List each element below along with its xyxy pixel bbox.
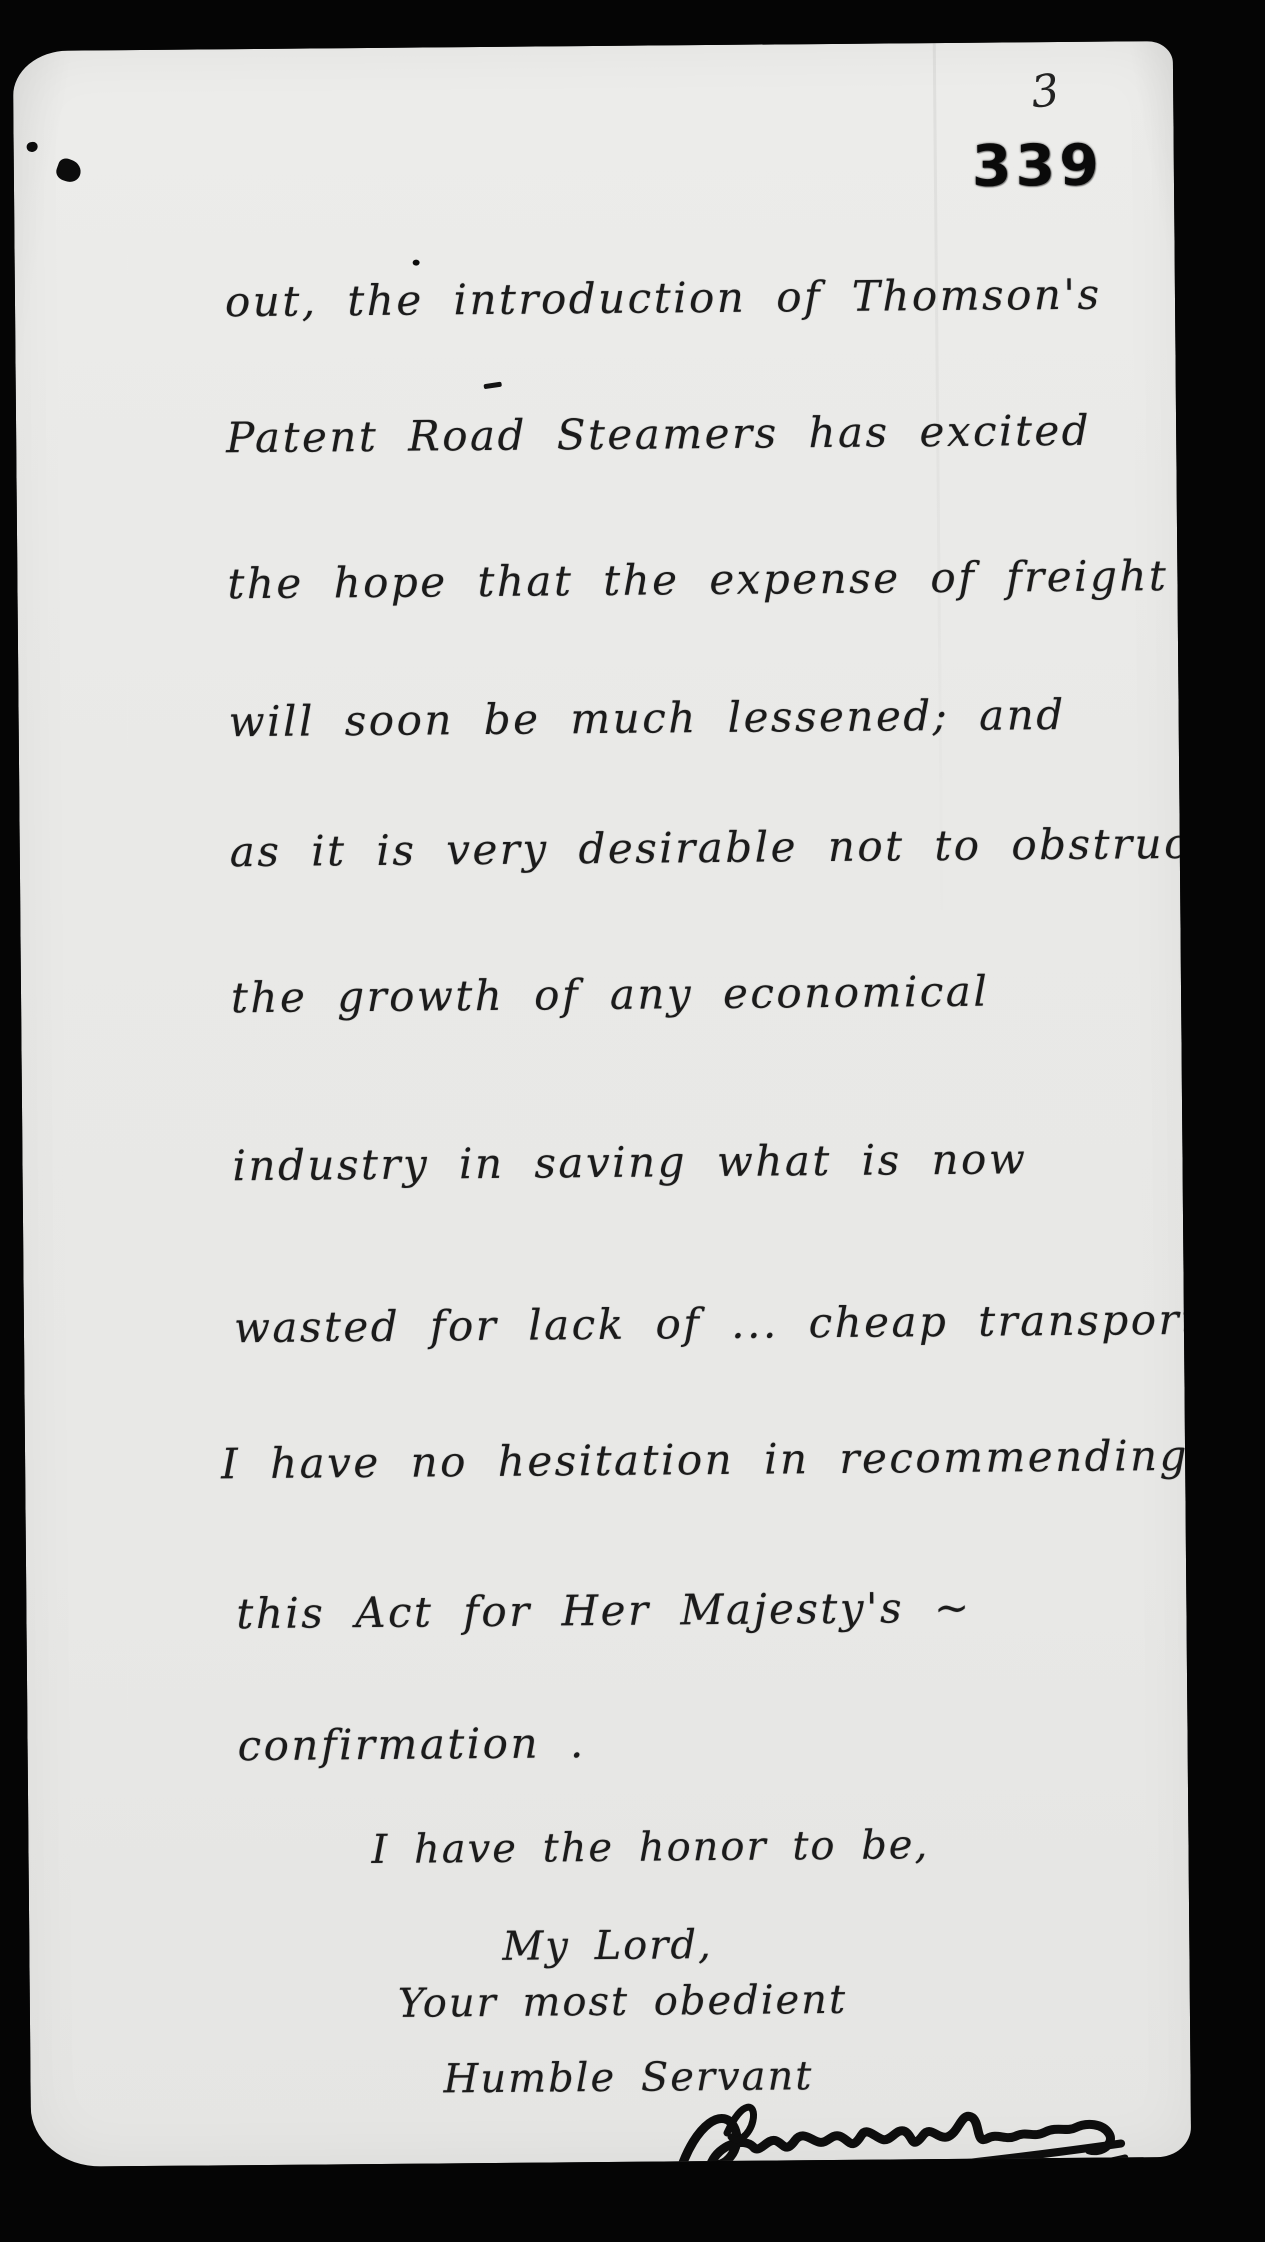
- closing-line-my-lord: My Lord,: [502, 1921, 713, 1971]
- closing-line-honor: I have the honor to be,: [371, 1821, 929, 1874]
- paper-sheet: 3 339 out, the introduction of Thomson's…: [13, 41, 1191, 2167]
- body-line-9: I have no hesitation in recommending: [221, 1431, 1189, 1490]
- body-line-3: the hope that the expense of freight: [227, 551, 1168, 610]
- ink-dot: [413, 260, 420, 266]
- body-line-4: will soon be much lessened; and: [228, 690, 1065, 748]
- body-line-2: Patent Road Steamers has excited: [226, 406, 1091, 464]
- document-scan: 3 339 out, the introduction of Thomson's…: [0, 0, 1265, 2242]
- body-line-5: as it is very desirable not to obstruct: [230, 819, 1192, 878]
- body-line-10: this Act for Her Majesty's ~: [236, 1583, 972, 1640]
- stamped-folio-number: 339: [972, 138, 1103, 196]
- signature-flourish-icon: [660, 2073, 1141, 2167]
- ink-blot: [54, 156, 84, 185]
- handwritten-page-number: 3: [1029, 69, 1063, 116]
- paper-crease: [933, 43, 944, 943]
- body-line-7: industry in saving what is now: [232, 1134, 1027, 1191]
- stray-pen-mark: [483, 382, 502, 390]
- body-line-8: wasted for lack of ... cheap transport,: [234, 1295, 1191, 1354]
- body-line-11: confirmation .: [237, 1718, 586, 1771]
- ink-speck: [27, 142, 38, 152]
- closing-line-obedient: Your most obedient: [398, 1976, 848, 2028]
- body-line-6: the growth of any economical: [231, 967, 990, 1024]
- body-line-1: out, the introduction of Thomson's: [225, 270, 1102, 328]
